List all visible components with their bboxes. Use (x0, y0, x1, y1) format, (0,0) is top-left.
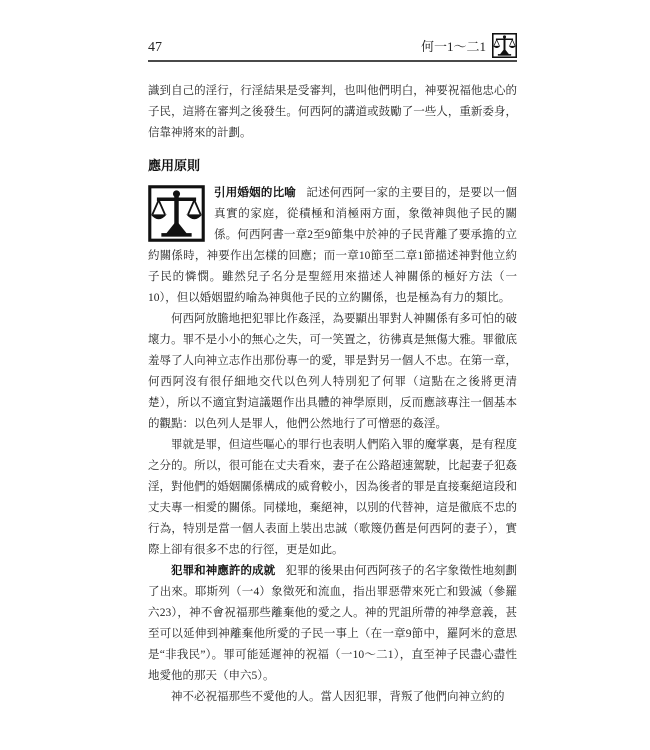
paragraph-sin-as-adultery: 何西阿放膽地把犯罪比作姦淫，為要顯出罪對人神關係有多可怕的破壞力。罪不是小小的無… (148, 309, 517, 435)
paragraph-marriage-metaphor: 引用婚姻的比喻記述何西阿一家的主要目的，是要以一個真實的家庭，從積極和消極兩方面… (148, 183, 517, 309)
paragraph-lead-names: 犯罪和神應許的成就 (171, 565, 275, 577)
scales-icon-large (148, 185, 205, 242)
header-scripture-ref: 何一1～二1 (421, 36, 486, 58)
scales-icon (492, 33, 517, 58)
page-header: 47 何一1～二1 (148, 0, 517, 62)
page-content: 47 何一1～二1 識到自己 (148, 0, 517, 708)
paragraph-closing: 神不必祝福那些不愛他的人。當人因犯罪，背叛了他們向神立約的 (148, 687, 517, 708)
paragraph-degrees-of-sin: 罪就是罪，但這些嘔心的罪行也表明人們陷入罪的魔掌裏，是有程度之分的。所以，很可能… (148, 435, 517, 561)
header-right-group: 何一1～二1 (421, 33, 517, 58)
paragraph-intro: 識到自己的淫行，行淫結果是受審判，也叫他們明白，神要祝福他忠心的子民，這將在審判… (148, 81, 517, 144)
section-heading: 應用原則 (148, 155, 517, 174)
page-number: 47 (148, 40, 162, 58)
paragraph-text-names: 犯罪的後果由何西阿孩子的名字象徵性地刻劃了出來。耶斯列（一4）象徵死和流血，指出… (148, 565, 517, 682)
paragraph-lead-marriage: 引用婚姻的比喻 (214, 187, 296, 199)
paragraph-children-names: 犯罪和神應許的成就犯罪的後果由何西阿孩子的名字象徵性地刻劃了出來。耶斯列（一4）… (148, 561, 517, 687)
